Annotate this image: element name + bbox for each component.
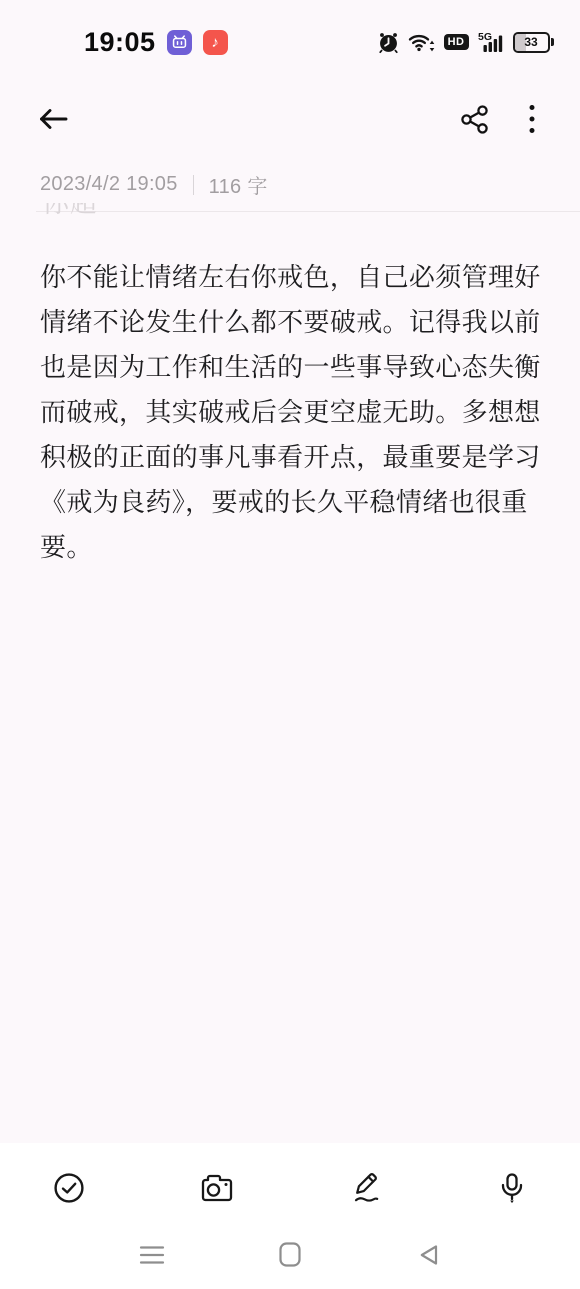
recents-button[interactable] bbox=[139, 1243, 165, 1267]
status-bar-left: 19:05 ♪ bbox=[84, 27, 228, 58]
note-line: 积极的正面的事凡事看开点，最重要是学习 bbox=[40, 435, 542, 480]
meta-divider bbox=[193, 175, 194, 195]
back-icon bbox=[415, 1241, 441, 1269]
home-button[interactable] bbox=[277, 1241, 303, 1268]
note-line: 也是因为工作和生活的一些事导致心态失衡 bbox=[40, 345, 542, 390]
handwriting-pen-button[interactable] bbox=[348, 1170, 384, 1206]
home-icon bbox=[277, 1241, 303, 1268]
alarm-icon bbox=[377, 31, 400, 54]
note-date-time: 2023/4/2 19:05 bbox=[40, 173, 178, 196]
share-icon bbox=[459, 104, 490, 135]
svg-text:5G: 5G bbox=[478, 31, 492, 43]
hd-icon: HD bbox=[444, 34, 469, 50]
share-button[interactable] bbox=[459, 104, 490, 135]
clipped-note-title[interactable]: 你超 bbox=[0, 203, 580, 221]
music-note-icon: ♪ bbox=[203, 30, 228, 55]
clock-time: 19:05 bbox=[84, 27, 156, 58]
system-nav-bar bbox=[0, 1232, 580, 1289]
overflow-menu-icon bbox=[528, 103, 536, 135]
back-button[interactable] bbox=[36, 104, 70, 134]
note-line: 《戒为良药》，要戒的长久平稳情绪也很重 bbox=[40, 480, 542, 525]
todo-check-button[interactable] bbox=[52, 1171, 86, 1205]
signal-bars-icon: 5G bbox=[477, 31, 505, 53]
battery-icon: 33 bbox=[513, 32, 555, 53]
notes-app-screen: 19:05 ♪ bbox=[0, 0, 580, 1289]
note-line: 你不能让情绪左右你戒色，自己必须管理好 bbox=[40, 255, 542, 300]
status-bar: 19:05 ♪ bbox=[0, 0, 580, 70]
battery-nub bbox=[551, 38, 554, 46]
note-line: 情绪不论发生什么都不要破戒。记得我以前 bbox=[40, 300, 542, 345]
title-divider-line bbox=[36, 211, 580, 212]
microphone-icon bbox=[496, 1171, 528, 1205]
bilibili-icon bbox=[167, 30, 192, 55]
app-bar-actions bbox=[459, 103, 536, 135]
note-char-count: 116 字 bbox=[209, 170, 268, 199]
handwriting-pen-icon bbox=[348, 1170, 384, 1206]
overflow-menu-button[interactable] bbox=[528, 103, 536, 135]
note-line: 而破戒，其实破戒后会更空虚无助。多想想 bbox=[40, 390, 542, 435]
faded-title-text: 你超 bbox=[42, 203, 98, 217]
recents-icon bbox=[139, 1243, 165, 1267]
camera-button[interactable] bbox=[198, 1172, 236, 1204]
note-meta: 2023/4/2 19:05 116 字 bbox=[40, 170, 580, 199]
app-bar bbox=[0, 90, 580, 148]
empty-note-area[interactable] bbox=[0, 570, 580, 1143]
camera-icon bbox=[198, 1172, 236, 1204]
status-bar-right: HD 5G 33 bbox=[377, 31, 554, 54]
note-line: 要。 bbox=[40, 525, 542, 570]
note-body-text[interactable]: 你不能让情绪左右你戒色，自己必须管理好 情绪不论发生什么都不要破戒。记得我以前 … bbox=[40, 255, 542, 570]
back-nav-button[interactable] bbox=[415, 1241, 441, 1269]
back-arrow-icon bbox=[36, 104, 70, 134]
microphone-button[interactable] bbox=[496, 1171, 528, 1205]
wifi-icon bbox=[408, 32, 436, 53]
battery-percent: 33 bbox=[524, 35, 537, 49]
edit-toolbar bbox=[0, 1143, 580, 1232]
todo-check-icon bbox=[52, 1171, 86, 1205]
